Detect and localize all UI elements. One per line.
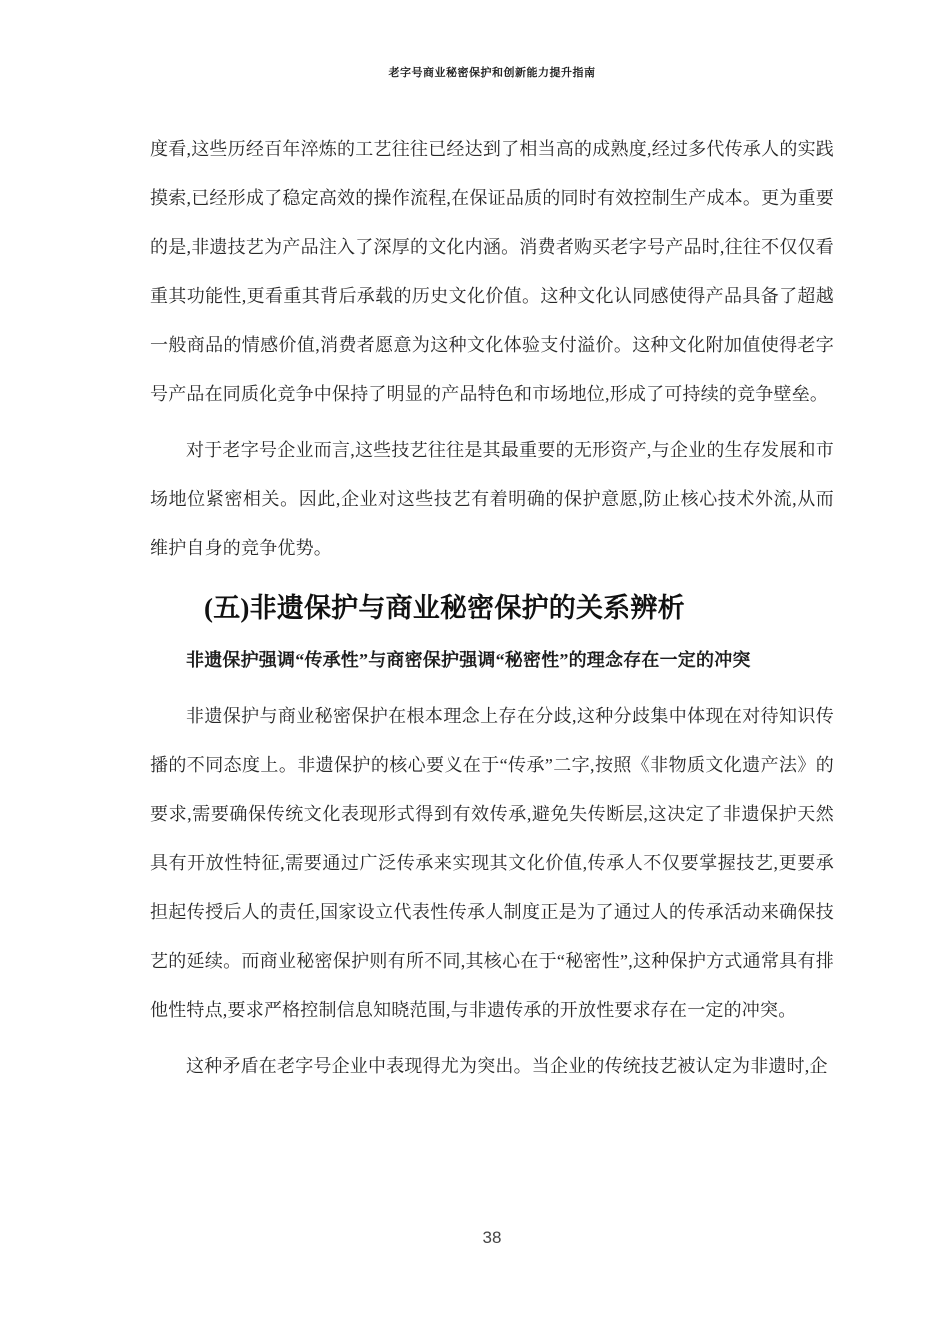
- section-heading: (五)非遗保护与商业秘密保护的关系辨析: [150, 580, 834, 636]
- body-paragraph: 非遗保护与商业秘密保护在根本理念上存在分歧,这种分歧集中体现在对待知识传播的不同…: [150, 692, 834, 1035]
- subsection-heading: 非遗保护强调“传承性”与商密保护强调“秘密性”的理念存在一定的冲突: [150, 636, 834, 685]
- body-paragraph: 度看,这些历经百年淬炼的工艺往往已经达到了相当高的成熟度,经过多代传承人的实践摸…: [150, 125, 834, 419]
- body-paragraph: 这种矛盾在老字号企业中表现得尤为突出。当企业的传统技艺被认定为非遗时,企: [150, 1042, 834, 1091]
- running-header: 老字号商业秘密保护和创新能力提升指南: [150, 64, 834, 80]
- body-paragraph: 对于老字号企业而言,这些技艺往往是其最重要的无形资产,与企业的生存发展和市场地位…: [150, 426, 834, 573]
- document-page: 老字号商业秘密保护和创新能力提升指南 度看,这些历经百年淬炼的工艺往往已经达到了…: [0, 0, 945, 1336]
- document-body: 度看,这些历经百年淬炼的工艺往往已经达到了相当高的成熟度,经过多代传承人的实践摸…: [150, 125, 834, 1098]
- page-number: 38: [150, 1228, 834, 1248]
